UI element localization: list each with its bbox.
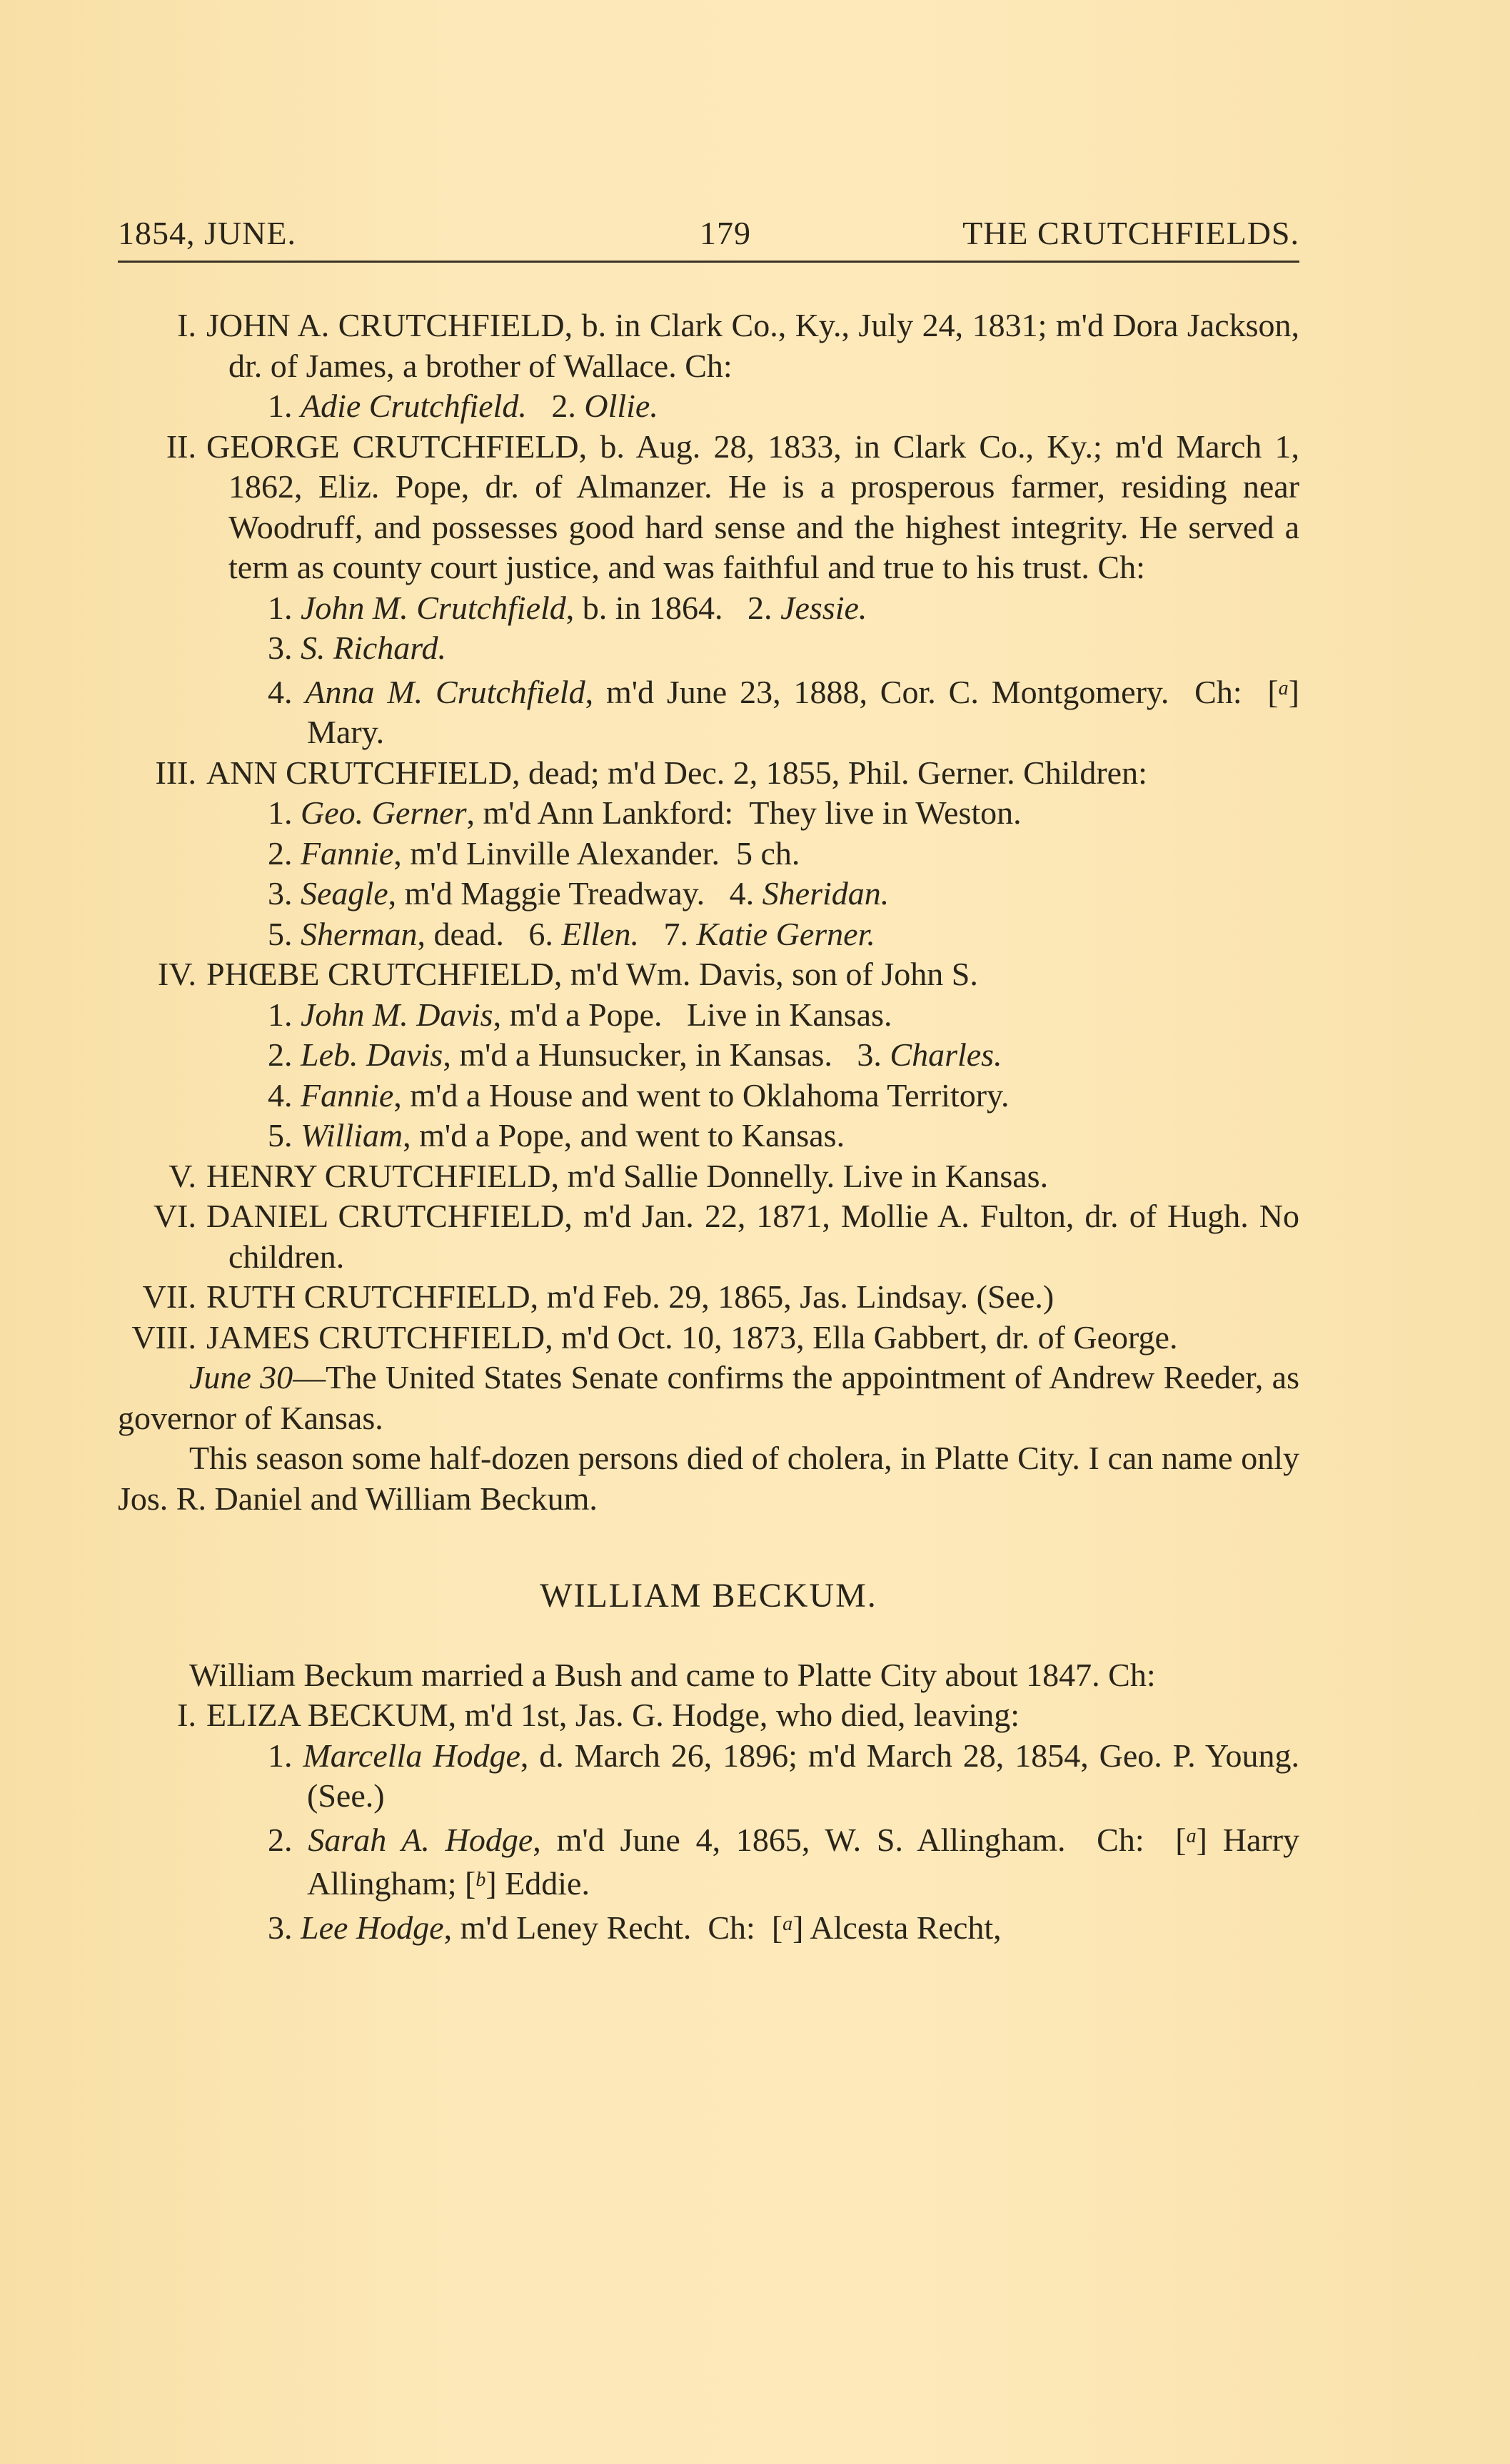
entry-ruth: VII.RUTH CRUTCHFIELD, m'd Feb. 29, 1865,… (118, 1277, 1299, 1318)
child-line: 3. S. Richard. (118, 628, 1299, 669)
beckum-intro: William Beckum married a Bush and came t… (118, 1655, 1299, 1696)
entry-george: II.GEORGE CRUTCHFIELD, b. Aug. 28, 1833,… (118, 427, 1299, 588)
body-text: I.JOHN A. CRUTCHFIELD, b. in Clark Co., … (118, 306, 1299, 1948)
entry-phoebe: IV.PHŒBE CRUTCHFIELD, m'd Wm. Davis, son… (118, 954, 1299, 995)
child-line: 1. Adie Crutchfield. 2. Ollie. (118, 386, 1299, 427)
entry-john: I.JOHN A. CRUTCHFIELD, b. in Clark Co., … (118, 306, 1299, 386)
child-line: 2. Fannie, m'd Linville Alexander. 5 ch. (118, 834, 1299, 874)
child-line: 3. Lee Hodge, m'd Leney Recht. Ch: [a] A… (118, 1904, 1299, 1949)
entry-ann: III.ANN CRUTCHFIELD, dead; m'd Dec. 2, 1… (118, 753, 1299, 794)
note-cholera: This season some half-dozen persons died… (118, 1438, 1299, 1519)
child-line: 3. Seagle, m'd Maggie Treadway. 4. Sheri… (118, 874, 1299, 914)
child-line: 1. John M. Davis, m'd a Pope. Live in Ka… (118, 995, 1299, 1036)
child-line: 1. Marcella Hodge, d. March 26, 1896; m'… (118, 1736, 1299, 1817)
child-line: 4. Anna M. Crutchfield, m'd June 23, 188… (118, 669, 1299, 753)
running-head: 1854, JUNE. 179 THE CRUTCHFIELDS. (118, 214, 1299, 257)
entry-eliza: I.ELIZA BECKUM, m'd 1st, Jas. G. Hodge, … (118, 1695, 1299, 1736)
child-line: 1. John M. Crutchfield, b. in 1864. 2. J… (118, 588, 1299, 629)
child-line: 4. Fannie, m'd a House and went to Oklah… (118, 1076, 1299, 1116)
header-rule (118, 261, 1299, 263)
section-title-beckum: WILLIAM BECKUM. (118, 1576, 1299, 1617)
page-number: 179 (700, 214, 751, 252)
note-june-30: June 30—The United States Senate confirm… (118, 1358, 1299, 1438)
entry-james: VIII.JAMES CRUTCHFIELD, m'd Oct. 10, 187… (118, 1318, 1299, 1358)
running-head-date: 1854, JUNE. (118, 214, 296, 252)
child-line: 2. Leb. Davis, m'd a Hunsucker, in Kansa… (118, 1035, 1299, 1076)
child-line: 5. Sherman, dead. 6. Ellen. 7. Katie Ger… (118, 914, 1299, 955)
child-line: 5. William, m'd a Pope, and went to Kans… (118, 1116, 1299, 1156)
child-line: 2. Sarah A. Hodge, m'd June 4, 1865, W. … (118, 1817, 1299, 1904)
entry-henry: V.HENRY CRUTCHFIELD, m'd Sallie Donnelly… (118, 1156, 1299, 1197)
child-line: 1. Geo. Gerner, m'd Ann Lankford: They l… (118, 793, 1299, 834)
running-head-title: THE CRUTCHFIELDS. (962, 214, 1299, 252)
entry-daniel: VI.DANIEL CRUTCHFIELD, m'd Jan. 22, 1871… (118, 1196, 1299, 1277)
